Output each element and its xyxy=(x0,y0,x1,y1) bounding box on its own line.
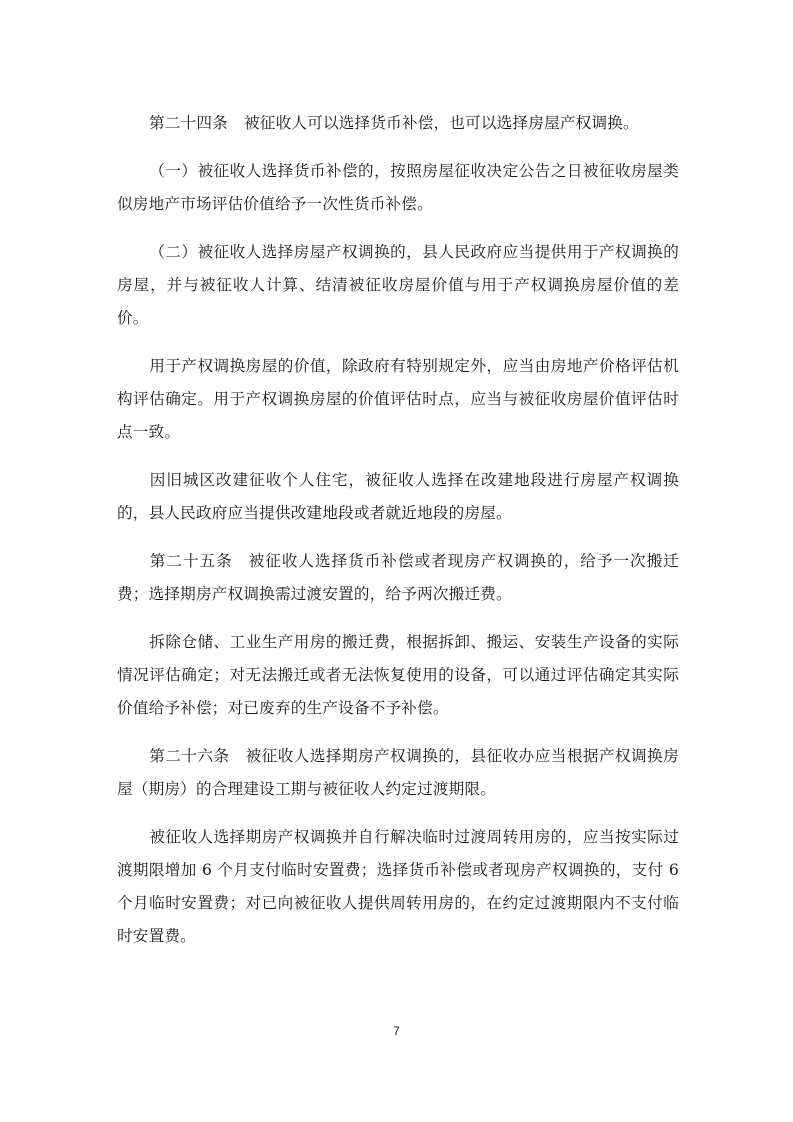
paragraph-text: （二）被征收人选择房屋产权调换的，县人民政府应当提供用于产权调换的房屋，并与被征… xyxy=(117,243,679,327)
paragraph-old-city: 因旧城区改建征收个人住宅，被征收人选择在改建地段进行房屋产权调换的，县人民政府应… xyxy=(117,464,679,530)
paragraph-text: 拆除仓储、工业生产用房的搬迁费，根据拆卸、搬运、安装生产设备的实际情况评估确定；… xyxy=(117,633,679,717)
paragraph-text: （一）被征收人选择货币补偿的，按照房屋征收决定公告之日被征收房屋类似房地产市场评… xyxy=(117,162,679,213)
article-number: 第二十四条 xyxy=(149,114,228,132)
paragraph-article-25: 第二十五条被征收人选择货币补偿或者现房产权调换的，给予一次搬迁费；选择期房产权调… xyxy=(117,545,679,611)
paragraph-article-24: 第二十四条被征收人可以选择货币补偿，也可以选择房屋产权调换。 xyxy=(117,107,679,140)
paragraph-text: 用于产权调换房屋的价值，除政府有特别规定外，应当由房地产价格评估机构评估确定。用… xyxy=(117,357,679,441)
article-number: 第二十五条 xyxy=(149,552,233,570)
paragraph-text: 被征收人可以选择货币补偿，也可以选择房屋产权调换。 xyxy=(244,114,639,132)
paragraph-item-2: （二）被征收人选择房屋产权调换的，县人民政府应当提供用于产权调换的房屋，并与被征… xyxy=(117,236,679,335)
paragraph-text: 因旧城区改建征收个人住宅，被征收人选择在改建地段进行房屋产权调换的，县人民政府应… xyxy=(117,471,679,522)
paragraph-article-26: 第二十六条被征收人选择期房产权调换的，县征收办应当根据产权调换房屋（期房）的合理… xyxy=(117,740,679,806)
article-number: 第二十六条 xyxy=(149,747,230,765)
paragraph-text: 被征收人选择期房产权调换并自行解决临时过渡周转用房的，应当按实际过渡期限增加 6… xyxy=(117,828,679,945)
document-page: 第二十四条被征收人可以选择货币补偿，也可以选择房屋产权调换。 （一）被征收人选择… xyxy=(117,107,679,968)
paragraph-valuation: 用于产权调换房屋的价值，除政府有特别规定外，应当由房地产价格评估机构评估确定。用… xyxy=(117,350,679,449)
paragraph-item-1: （一）被征收人选择货币补偿的，按照房屋征收决定公告之日被征收房屋类似房地产市场评… xyxy=(117,155,679,221)
paragraph-temporary-resettlement: 被征收人选择期房产权调换并自行解决临时过渡周转用房的，应当按实际过渡期限增加 6… xyxy=(117,821,679,953)
paragraph-relocation-fee: 拆除仓储、工业生产用房的搬迁费，根据拆卸、搬运、安装生产设备的实际情况评估确定；… xyxy=(117,626,679,725)
page-number: 7 xyxy=(0,1024,793,1038)
